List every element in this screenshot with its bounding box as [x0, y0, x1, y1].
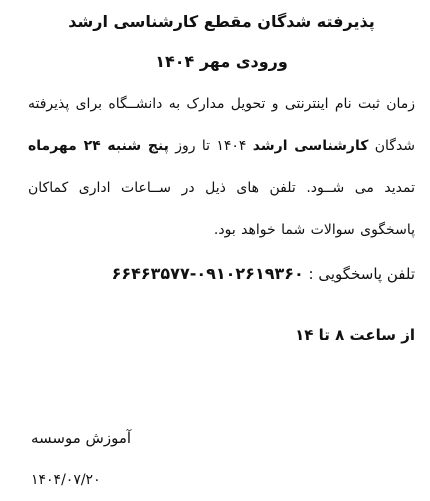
- paragraph-line-2: شدگان کارشناسی ارشد ۱۴۰۴ تا روز پنج شنبه…: [28, 125, 415, 167]
- announcement-paragraph: زمان ثبت نام اینترنتی و تحویل مدارک به د…: [28, 83, 415, 251]
- signature-department: آموزش موسسه: [31, 428, 415, 448]
- paragraph-line-2-text-a: شدگان: [375, 138, 415, 154]
- signature-date: ۱۴۰۴/۰۷/۲۰: [31, 470, 415, 490]
- paragraph-line-2-bold-degree: کارشناسی ارشد: [253, 138, 369, 154]
- office-hours: از ساعت ۸ تا ۱۴: [28, 314, 415, 356]
- phone-label: تلفن پاسخگویی :: [309, 265, 415, 283]
- paragraph-line-2-text-b: ۱۴۰۴ تا روز: [175, 138, 246, 154]
- page-subtitle: ورودی مهر ۱۴۰۴: [28, 53, 415, 71]
- paragraph-line-1: زمان ثبت نام اینترنتی و تحویل مدارک به د…: [28, 83, 415, 125]
- phone-line: تلفن پاسخگویی : ۰۹۱۰۲۶۱۹۳۶۰-۶۶۴۶۳۵۷۷: [28, 253, 415, 295]
- signature-block: آموزش موسسه ۱۴۰۴/۰۷/۲۰: [28, 428, 415, 490]
- paragraph-line-3: تمدید می شــود. تلفن های ذیل در ســاعات …: [28, 167, 415, 209]
- paragraph-line-4: پاسخگوی سوالات شما خواهد بود.: [28, 209, 415, 251]
- phone-numbers: ۰۹۱۰۲۶۱۹۳۶۰-۶۶۴۶۳۵۷۷: [112, 264, 304, 283]
- paragraph-line-2-bold-deadline: پنج شنبه ۲۴ مهرماه: [28, 138, 169, 154]
- page-title: پذیرفته شدگان مقطع کارشناسی ارشد: [28, 13, 415, 31]
- announcement-page: پذیرفته شدگان مقطع کارشناسی ارشد ورودی م…: [0, 0, 430, 501]
